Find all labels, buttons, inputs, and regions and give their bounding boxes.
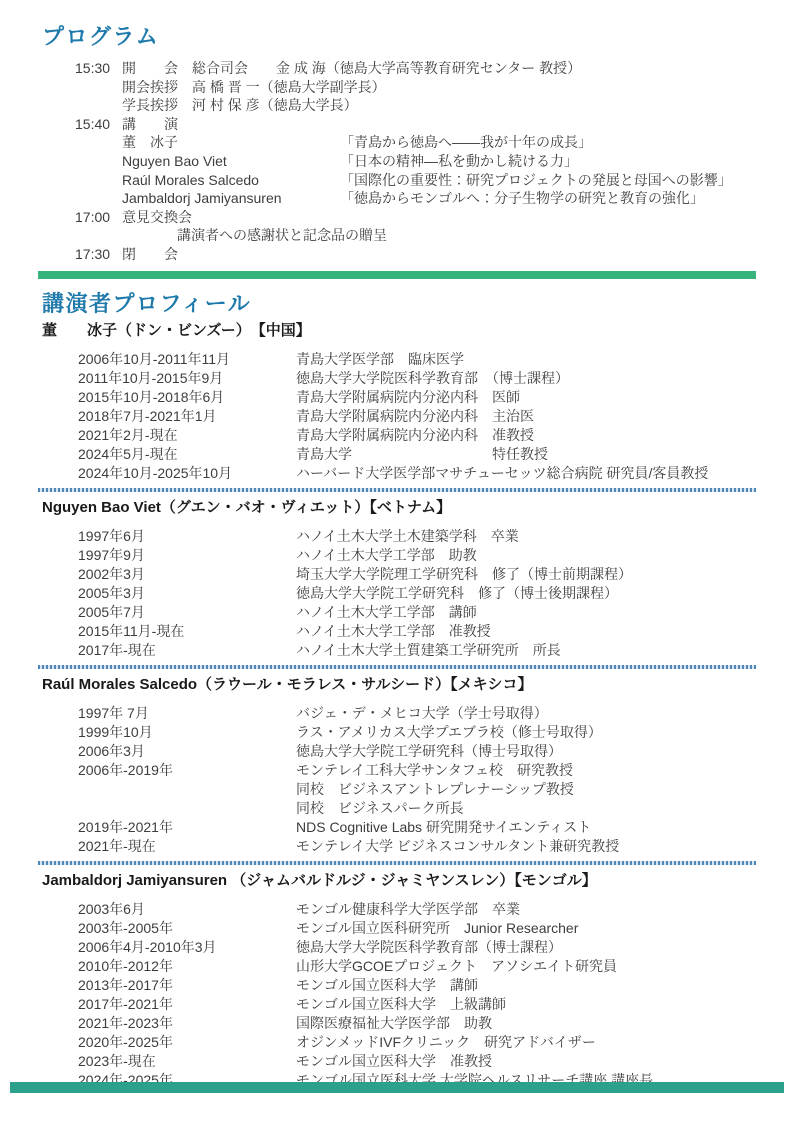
career-desc: ハノイ土木大学土質建築工学研究所 所長 xyxy=(296,641,756,660)
career-date: 2002年3月 xyxy=(78,565,296,584)
program-text: 意見交換会 xyxy=(122,208,192,227)
career-row: 2003年-2005年 モンゴル国立医科研究所 Junior Researche… xyxy=(78,919,756,938)
career-desc: 国際医療福祉大学医学部 助教 xyxy=(296,1014,756,1033)
career-date: 2018年7月-2021年1月 xyxy=(78,407,296,426)
career-desc: 徳島大学大学院工学研究科（博士号取得） xyxy=(296,742,756,761)
section-divider-dotted xyxy=(38,488,756,492)
program-text: 閉 会 xyxy=(122,245,178,264)
career-desc: モンゴル国立医科研究所 Junior Researcher xyxy=(296,919,756,938)
program-time xyxy=(75,226,122,245)
career-row: 2023年-現在 モンゴル国立医科大学 准教授 xyxy=(78,1052,756,1071)
career-row: 2010年-2012年 山形大学GCOEプロジェクト アソシエイト研究員 xyxy=(78,957,756,976)
program-time xyxy=(75,152,122,171)
career-date: 2020年-2025年 xyxy=(78,1033,296,1052)
career-date: 2006年3月 xyxy=(78,742,296,761)
career-desc: モンゴル国立医科大学 講師 xyxy=(296,976,756,995)
career-row: 2006年-2019年 モンテレイ工科大学サンタフェ校 研究教授 xyxy=(78,761,756,780)
career-row: 1999年10月 ラス・アメリカス大学プエブラ校（修士号取得） xyxy=(78,723,756,742)
program-text: 講演者への感謝状と記念品の贈呈 xyxy=(177,226,387,245)
career-desc: モンゴル国立医科大学 准教授 xyxy=(296,1052,756,1071)
program-speech-row: Jambaldorj Jamiyansuren 「徳島からモンゴルへ：分子生物学… xyxy=(75,189,756,208)
career-date: 2006年10月-2011年11月 xyxy=(78,350,296,369)
career-desc: 徳島大学大学院医科学教育部 （博士課程） xyxy=(296,369,756,388)
lecture-title: 「青島から徳島へ——我が十年の成長」 xyxy=(340,133,592,152)
career-desc: 徳島大学大学院工学研究科 修了（博士後期課程） xyxy=(296,584,756,603)
speaker-section: 董 冰子（ドン・ビンズー） 【中国】 2006年10月-2011年11月 青島大… xyxy=(42,321,756,483)
lecture-title: 「国際化の重要性：研究プロジェクトの発展と母国への影響」 xyxy=(340,171,732,190)
career-table: 2006年10月-2011年11月 青島大学医学部 臨床医学 2011年10月-… xyxy=(78,350,756,483)
career-desc: ハノイ土木大学土木建築学科 卒業 xyxy=(296,527,756,546)
career-desc: 埼玉大学大学院理工学研究科 修了（博士前期課程） xyxy=(296,565,756,584)
program-speech-row: 董 冰子 「青島から徳島へ——我が十年の成長」 xyxy=(75,133,756,152)
career-date: 2005年7月 xyxy=(78,603,296,622)
program-time xyxy=(75,78,122,97)
career-row: 同校 ビジネスパーク所長 xyxy=(78,799,756,818)
career-desc: 山形大学GCOEプロジェクト アソシエイト研究員 xyxy=(296,957,756,976)
program-row: 開会挨拶 高 橋 晋 一（徳島大学副学長） xyxy=(75,78,756,97)
speaker-section: Jambaldorj Jamiyansuren （ジャムバルドルジ・ジャミヤンス… xyxy=(42,861,756,1090)
career-row: 2006年3月 徳島大学大学院工学研究科（博士号取得） xyxy=(78,742,756,761)
career-desc: ハノイ土木大学工学部 助教 xyxy=(296,546,756,565)
career-date: 2006年-2019年 xyxy=(78,761,296,780)
program-text: 開 会 総合司会 金 成 海（徳島大学高等教育研究センター 教授） xyxy=(122,59,581,78)
footer-bar xyxy=(10,1082,784,1093)
career-row: 1997年 7月 バジェ・デ・メヒコ大学（学士号取得） xyxy=(78,704,756,723)
lecture-speaker-name: Nguyen Bao Viet xyxy=(122,152,340,171)
career-date: 2023年-現在 xyxy=(78,1052,296,1071)
program-heading: プログラム xyxy=(42,24,756,50)
career-row: 2017年-2021年 モンゴル国立医科大学 上級講師 xyxy=(78,995,756,1014)
career-desc: 青島大学医学部 臨床医学 xyxy=(296,350,756,369)
program-time xyxy=(75,171,122,190)
career-date: 2017年-現在 xyxy=(78,641,296,660)
program-time: 15:30 xyxy=(75,59,122,78)
career-desc: 同校 ビジネスパーク所長 xyxy=(296,799,756,818)
program-time: 15:40 xyxy=(75,115,122,134)
career-date: 2003年-2005年 xyxy=(78,919,296,938)
program-row: 15:30 開 会 総合司会 金 成 海（徳島大学高等教育研究センター 教授） xyxy=(75,59,756,78)
career-date xyxy=(78,780,296,799)
career-row: 2020年-2025年 オジンメッドIVFクリニック 研究アドバイザー xyxy=(78,1033,756,1052)
career-desc: 徳島大学大学院医科学教育部（博士課程） xyxy=(296,938,756,957)
career-desc: 青島大学 特任教授 xyxy=(296,445,756,464)
career-row: 2006年4月-2010年3月 徳島大学大学院医科学教育部（博士課程） xyxy=(78,938,756,957)
career-desc: 同校 ビジネスアントレプレナーシップ教授 xyxy=(296,780,756,799)
career-row: 2021年2月-現在 青島大学附属病院内分泌内科 准教授 xyxy=(78,426,756,445)
program-time: 17:00 xyxy=(75,208,122,227)
career-row: 2024年5月-現在 青島大学 特任教授 xyxy=(78,445,756,464)
career-row: 2015年11月-現在 ハノイ土木大学工学部 准教授 xyxy=(78,622,756,641)
career-row: 2017年-現在 ハノイ土木大学土質建築工学研究所 所長 xyxy=(78,641,756,660)
career-desc: モンテレイ工科大学サンタフェ校 研究教授 xyxy=(296,761,756,780)
career-date: 2003年6月 xyxy=(78,900,296,919)
career-date: 1997年 7月 xyxy=(78,704,296,723)
program-row: 学長挨拶 河 村 保 彦（徳島大学長） xyxy=(75,96,756,115)
section-divider-dotted xyxy=(38,665,756,669)
speaker-section: Nguyen Bao Viet（グエン・バオ・ヴィエット）【ベトナム】 1997… xyxy=(42,488,756,660)
program-row: 17:30 閉 会 xyxy=(75,245,756,264)
program-row: 講演者への感謝状と記念品の贈呈 xyxy=(75,226,756,245)
career-date: 1999年10月 xyxy=(78,723,296,742)
career-desc: オジンメッドIVFクリニック 研究アドバイザー xyxy=(296,1033,756,1052)
program-time xyxy=(75,189,122,208)
career-row: 2013年-2017年 モンゴル国立医科大学 講師 xyxy=(78,976,756,995)
lecture-title: 「日本の精神—私を動かし続ける力」 xyxy=(340,152,578,171)
program-text: 開会挨拶 高 橋 晋 一（徳島大学副学長） xyxy=(122,78,386,97)
speaker-heading: Raúl Morales Salcedo（ラウール・モラレス・サルシード）【メキ… xyxy=(42,675,756,694)
career-date: 2024年5月-現在 xyxy=(78,445,296,464)
career-table: 1997年6月 ハノイ土木大学土木建築学科 卒業 1997年9月 ハノイ土木大学… xyxy=(78,527,756,660)
career-row: 1997年9月 ハノイ土木大学工学部 助教 xyxy=(78,546,756,565)
program-schedule: 15:30 開 会 総合司会 金 成 海（徳島大学高等教育研究センター 教授） … xyxy=(75,59,756,264)
career-date: 2011年10月-2015年9月 xyxy=(78,369,296,388)
career-row: 2015年10月-2018年6月 青島大学附属病院内分泌内科 医師 xyxy=(78,388,756,407)
career-desc: ラス・アメリカス大学プエブラ校（修士号取得） xyxy=(296,723,756,742)
career-desc: 青島大学附属病院内分泌内科 医師 xyxy=(296,388,756,407)
career-row: 1997年6月 ハノイ土木大学土木建築学科 卒業 xyxy=(78,527,756,546)
career-row: 2003年6月 モンゴル健康科学大学医学部 卒業 xyxy=(78,900,756,919)
career-date: 2015年11月-現在 xyxy=(78,622,296,641)
career-table: 1997年 7月 バジェ・デ・メヒコ大学（学士号取得） 1999年10月 ラス・… xyxy=(78,704,756,856)
speaker-section: Raúl Morales Salcedo（ラウール・モラレス・サルシード）【メキ… xyxy=(42,665,756,856)
career-row: 2021年-2023年 国際医療福祉大学医学部 助教 xyxy=(78,1014,756,1033)
career-row: 2006年10月-2011年11月 青島大学医学部 臨床医学 xyxy=(78,350,756,369)
career-row: 2024年10月-2025年10月 ハーバード大学医学部マサチューセッツ総合病院… xyxy=(78,464,756,483)
lecture-speaker-name: 董 冰子 xyxy=(122,133,340,152)
program-row: 15:40 講 演 xyxy=(75,115,756,134)
lecture-speaker-name: Jambaldorj Jamiyansuren xyxy=(122,189,340,208)
career-date: 2015年10月-2018年6月 xyxy=(78,388,296,407)
program-row: 17:00 意見交換会 xyxy=(75,208,756,227)
career-row: 2005年7月 ハノイ土木大学工学部 講師 xyxy=(78,603,756,622)
career-row: 同校 ビジネスアントレプレナーシップ教授 xyxy=(78,780,756,799)
program-time xyxy=(75,133,122,152)
career-date: 1997年9月 xyxy=(78,546,296,565)
career-desc: バジェ・デ・メヒコ大学（学士号取得） xyxy=(296,704,756,723)
career-row: 2021年-現在 モンテレイ大学 ビジネスコンサルタント兼研究教授 xyxy=(78,837,756,856)
program-time: 17:30 xyxy=(75,245,122,264)
career-desc: モンテレイ大学 ビジネスコンサルタント兼研究教授 xyxy=(296,837,756,856)
career-row: 2019年-2021年 NDS Cognitive Labs 研究開発サイエンテ… xyxy=(78,818,756,837)
speaker-heading: 董 冰子（ドン・ビンズー） 【中国】 xyxy=(42,321,756,340)
profiles-heading: 講演者プロフィール xyxy=(42,291,756,317)
lecture-title: 「徳島からモンゴルへ：分子生物学の研究と教育の強化」 xyxy=(340,189,704,208)
career-desc: 青島大学附属病院内分泌内科 主治医 xyxy=(296,407,756,426)
career-desc: モンゴル健康科学大学医学部 卒業 xyxy=(296,900,756,919)
career-date: 2024年10月-2025年10月 xyxy=(78,464,296,483)
career-row: 2005年3月 徳島大学大学院工学研究科 修了（博士後期課程） xyxy=(78,584,756,603)
career-date: 1997年6月 xyxy=(78,527,296,546)
career-date: 2021年2月-現在 xyxy=(78,426,296,445)
career-date: 2010年-2012年 xyxy=(78,957,296,976)
program-text: 学長挨拶 河 村 保 彦（徳島大学長） xyxy=(122,96,358,115)
speaker-heading: Nguyen Bao Viet（グエン・バオ・ヴィエット）【ベトナム】 xyxy=(42,498,756,517)
program-text: 講 演 xyxy=(122,115,178,134)
career-desc: ハノイ土木大学工学部 講師 xyxy=(296,603,756,622)
section-divider-dotted xyxy=(38,861,756,865)
career-date: 2005年3月 xyxy=(78,584,296,603)
lecture-speaker-name: Raúl Morales Salcedo xyxy=(122,171,340,190)
career-date: 2013年-2017年 xyxy=(78,976,296,995)
career-date: 2019年-2021年 xyxy=(78,818,296,837)
section-divider-green xyxy=(38,271,756,279)
speaker-profiles: 董 冰子（ドン・ビンズー） 【中国】 2006年10月-2011年11月 青島大… xyxy=(42,321,756,1090)
document-page: プログラム 15:30 開 会 総合司会 金 成 海（徳島大学高等教育研究センタ… xyxy=(0,0,794,1099)
career-desc: ハーバード大学医学部マサチューセッツ総合病院 研究員/客員教授 xyxy=(296,464,756,483)
career-row: 2018年7月-2021年1月 青島大学附属病院内分泌内科 主治医 xyxy=(78,407,756,426)
career-date: 2017年-2021年 xyxy=(78,995,296,1014)
career-row: 2002年3月 埼玉大学大学院理工学研究科 修了（博士前期課程） xyxy=(78,565,756,584)
career-desc: ハノイ土木大学工学部 准教授 xyxy=(296,622,756,641)
career-date: 2021年-現在 xyxy=(78,837,296,856)
program-time xyxy=(75,96,122,115)
career-table: 2003年6月 モンゴル健康科学大学医学部 卒業 2003年-2005年 モンゴ… xyxy=(78,900,756,1090)
career-desc: 青島大学附属病院内分泌内科 准教授 xyxy=(296,426,756,445)
program-speech-row: Nguyen Bao Viet 「日本の精神—私を動かし続ける力」 xyxy=(75,152,756,171)
career-desc: NDS Cognitive Labs 研究開発サイエンティスト xyxy=(296,818,756,837)
career-desc: モンゴル国立医科大学 上級講師 xyxy=(296,995,756,1014)
career-row: 2011年10月-2015年9月 徳島大学大学院医科学教育部 （博士課程） xyxy=(78,369,756,388)
career-date: 2021年-2023年 xyxy=(78,1014,296,1033)
career-date: 2006年4月-2010年3月 xyxy=(78,938,296,957)
career-date xyxy=(78,799,296,818)
speaker-heading: Jambaldorj Jamiyansuren （ジャムバルドルジ・ジャミヤンス… xyxy=(42,871,756,890)
program-speech-row: Raúl Morales Salcedo 「国際化の重要性：研究プロジェクトの発… xyxy=(75,171,756,190)
